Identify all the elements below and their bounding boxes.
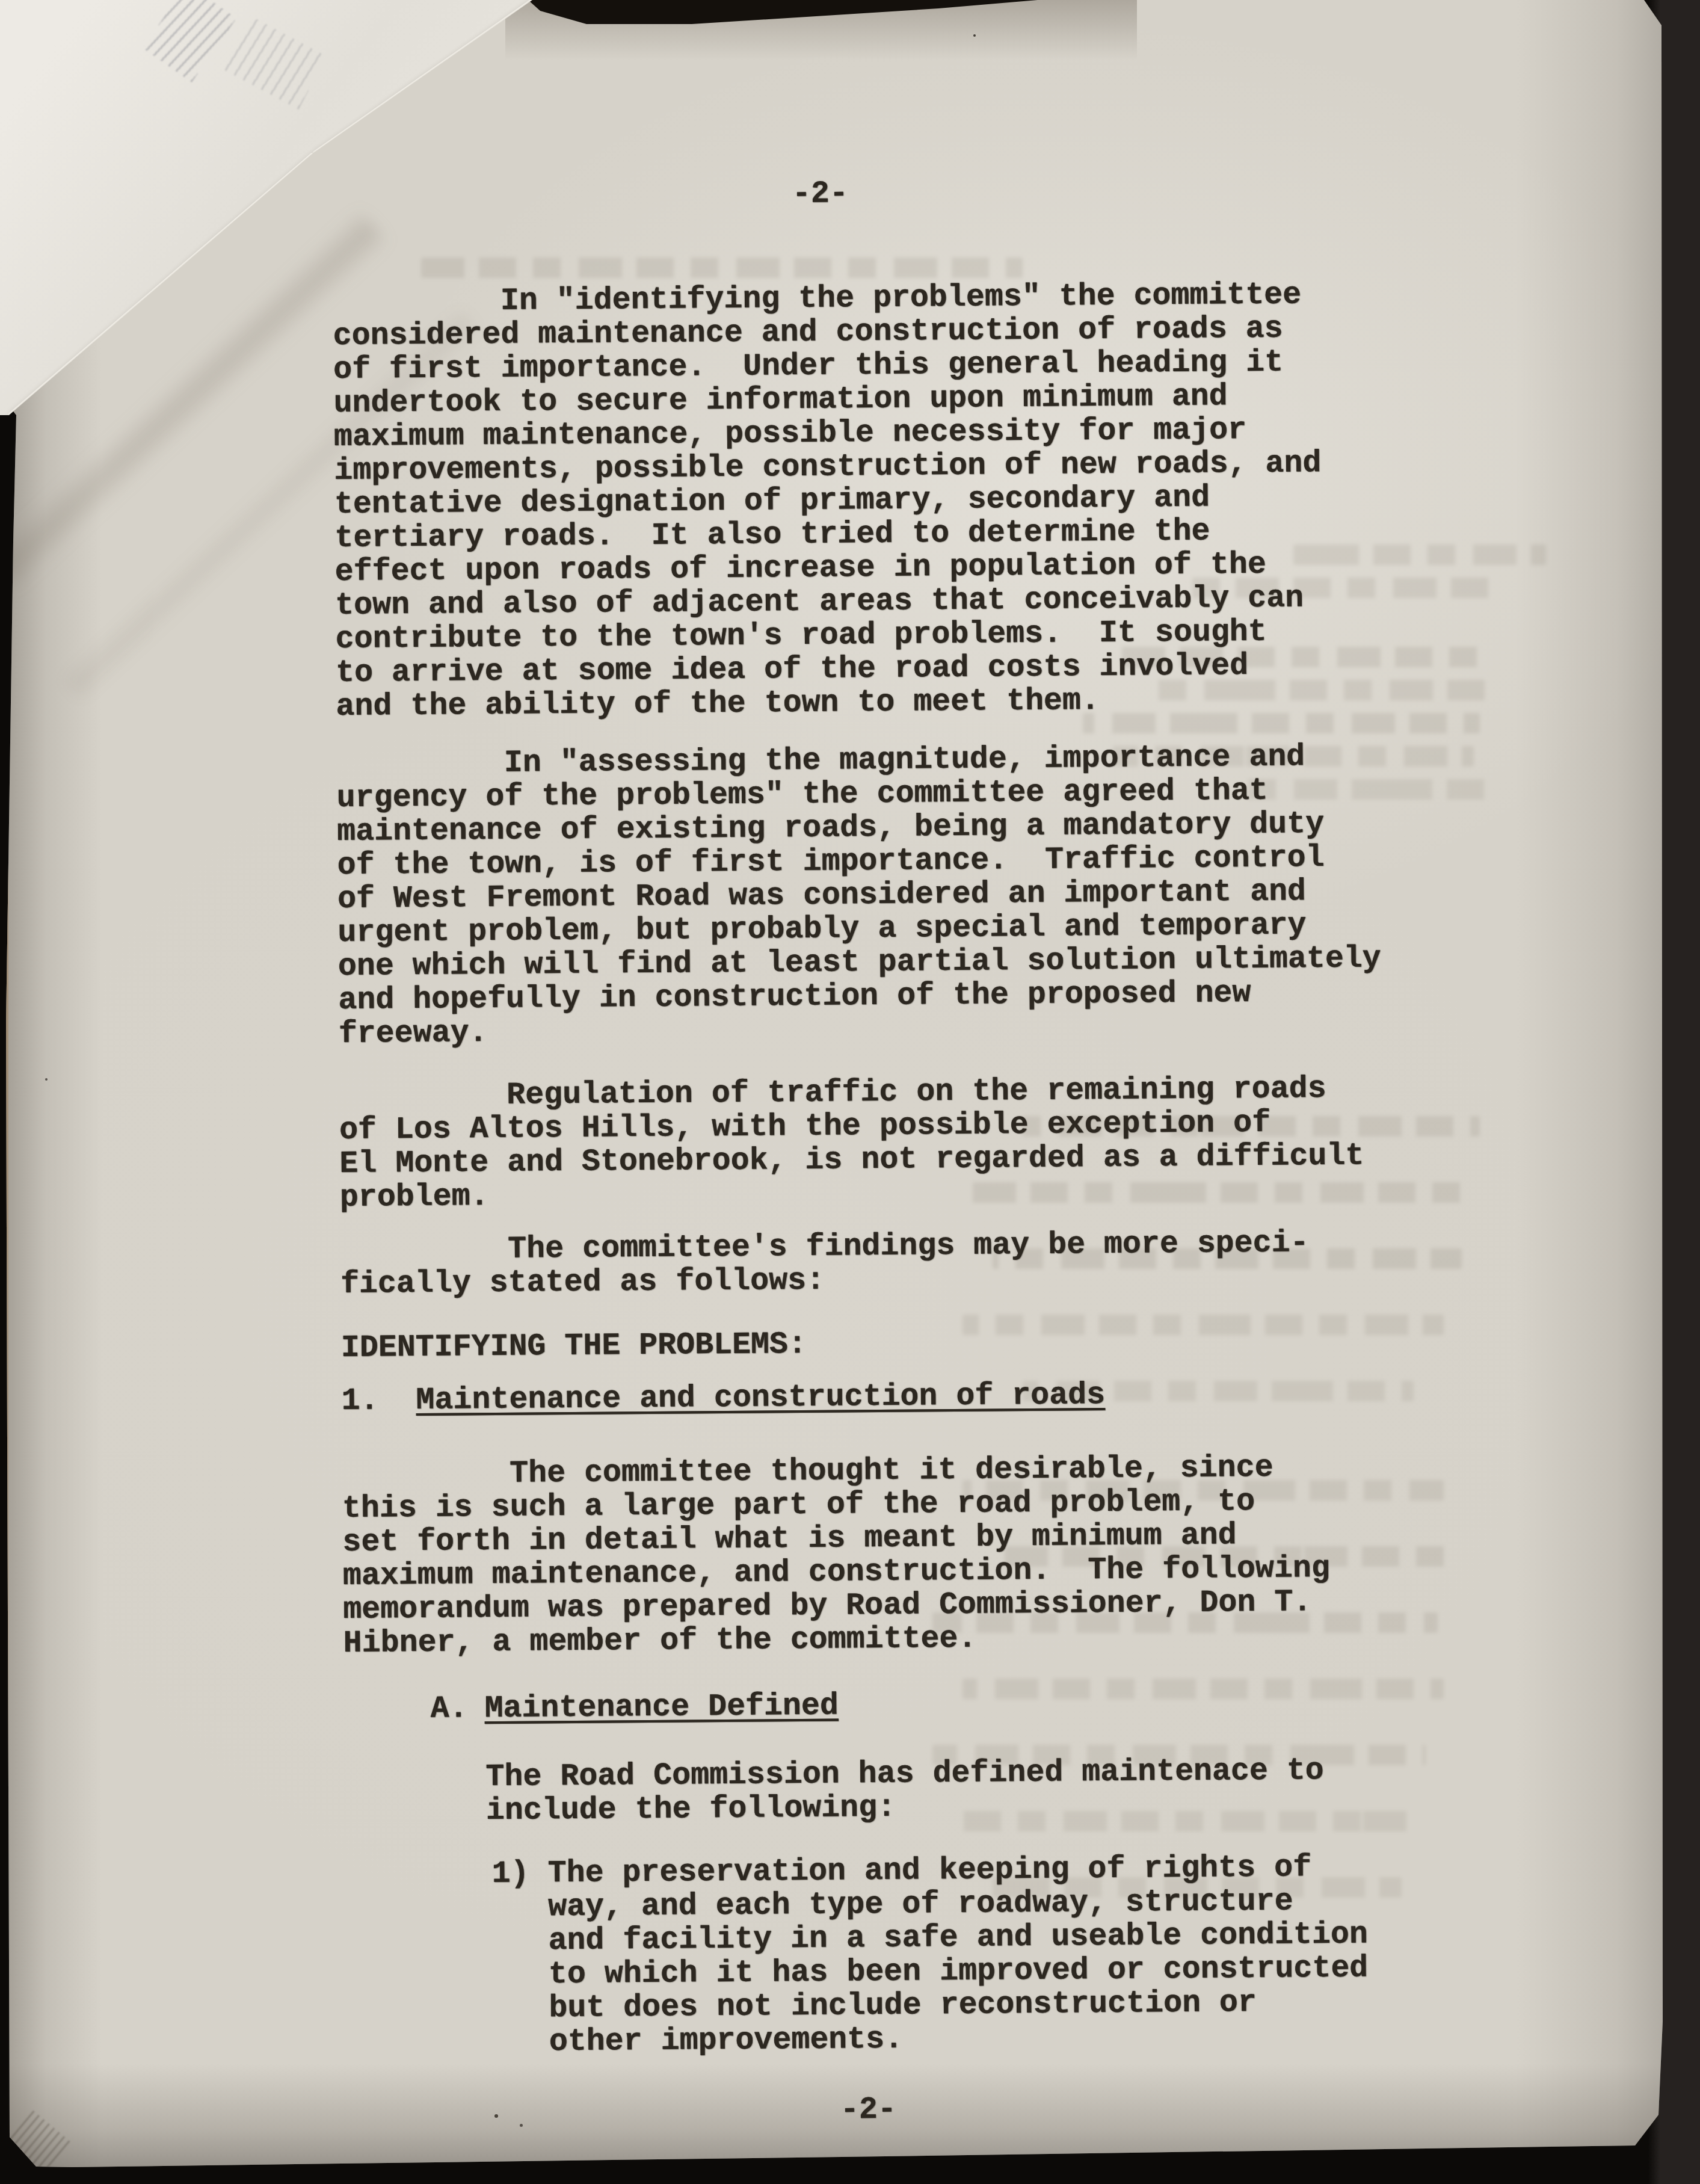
subheading-a: A.Maintenance Defined (430, 1689, 839, 1726)
typewritten-text-layer: -2- In "identifying the problems" the co… (0, 0, 1700, 2184)
handwritten-marks (224, 17, 327, 110)
item-number: 1. (341, 1384, 378, 1419)
paragraph-3: Regulation of traffic on the remaining r… (339, 1072, 1364, 1215)
page-number-bottom: -2- (840, 2093, 896, 2127)
item-title-underlined: Maintenance and construction of roads (416, 1378, 1105, 1418)
paragraph-6: The Road Commission has defined maintena… (485, 1754, 1324, 1828)
subheading-title-underlined: Maintenance Defined (484, 1689, 839, 1727)
section-heading: IDENTIFYING THE PROBLEMS: (341, 1328, 807, 1365)
handwritten-marks (143, 0, 236, 82)
subheading-letter: A. (430, 1691, 467, 1726)
paragraph-2: In "assessing the magnitude, importance … (336, 739, 1382, 1051)
paragraph-4: The committee's findings may be more spe… (340, 1226, 1309, 1301)
paragraph-1: In "identifying the problems" the commit… (333, 278, 1323, 724)
list-item-1: 1) The preservation and keeping of right… (492, 1851, 1369, 2059)
paragraph-5: The committee thought it desirable, sinc… (342, 1451, 1331, 1661)
numbered-item-1: 1.Maintenance and construction of roads (341, 1378, 1105, 1418)
scanned-document-screenshot: { "doc": { "page_number_top": "-2-", "pa… (0, 0, 1700, 2184)
page-number-top: -2- (792, 177, 848, 211)
